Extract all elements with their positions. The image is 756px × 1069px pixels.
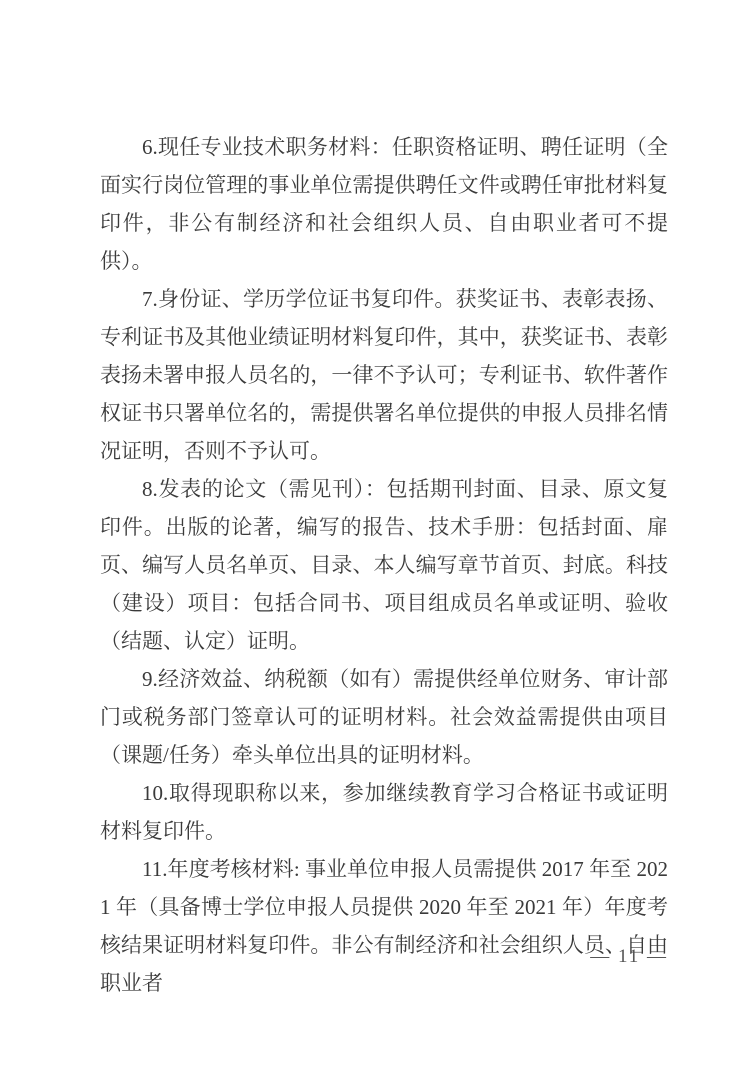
document-page: 6.现任专业技术职务材料：任职资格证明、聘任证明（全面实行岗位管理的事业单位需提…: [0, 0, 756, 1069]
paragraph-7: 7.身份证、学历学位证书复印件。获奖证书、表彰表扬、专利证书及其他业绩证明材料复…: [100, 280, 668, 470]
paragraph-10: 10.取得现职称以来，参加继续教育学习合格证书或证明材料复印件。: [100, 774, 668, 850]
paragraph-8: 8.发表的论文（需见刊）：包括期刊封面、目录、原文复印件。出版的论著，编写的报告…: [100, 470, 668, 660]
document-body: 6.现任专业技术职务材料：任职资格证明、聘任证明（全面实行岗位管理的事业单位需提…: [100, 128, 668, 1002]
paragraph-9: 9.经济效益、纳税额（如有）需提供经单位财务、审计部门或税务部门签章认可的证明材…: [100, 660, 668, 774]
paragraph-6: 6.现任专业技术职务材料：任职资格证明、聘任证明（全面实行岗位管理的事业单位需提…: [100, 128, 668, 280]
paragraph-11: 11.年度考核材料: 事业单位申报人员需提供 2017 年至 2021 年（具备…: [100, 850, 668, 1002]
page-number: — 11 —: [590, 944, 668, 970]
